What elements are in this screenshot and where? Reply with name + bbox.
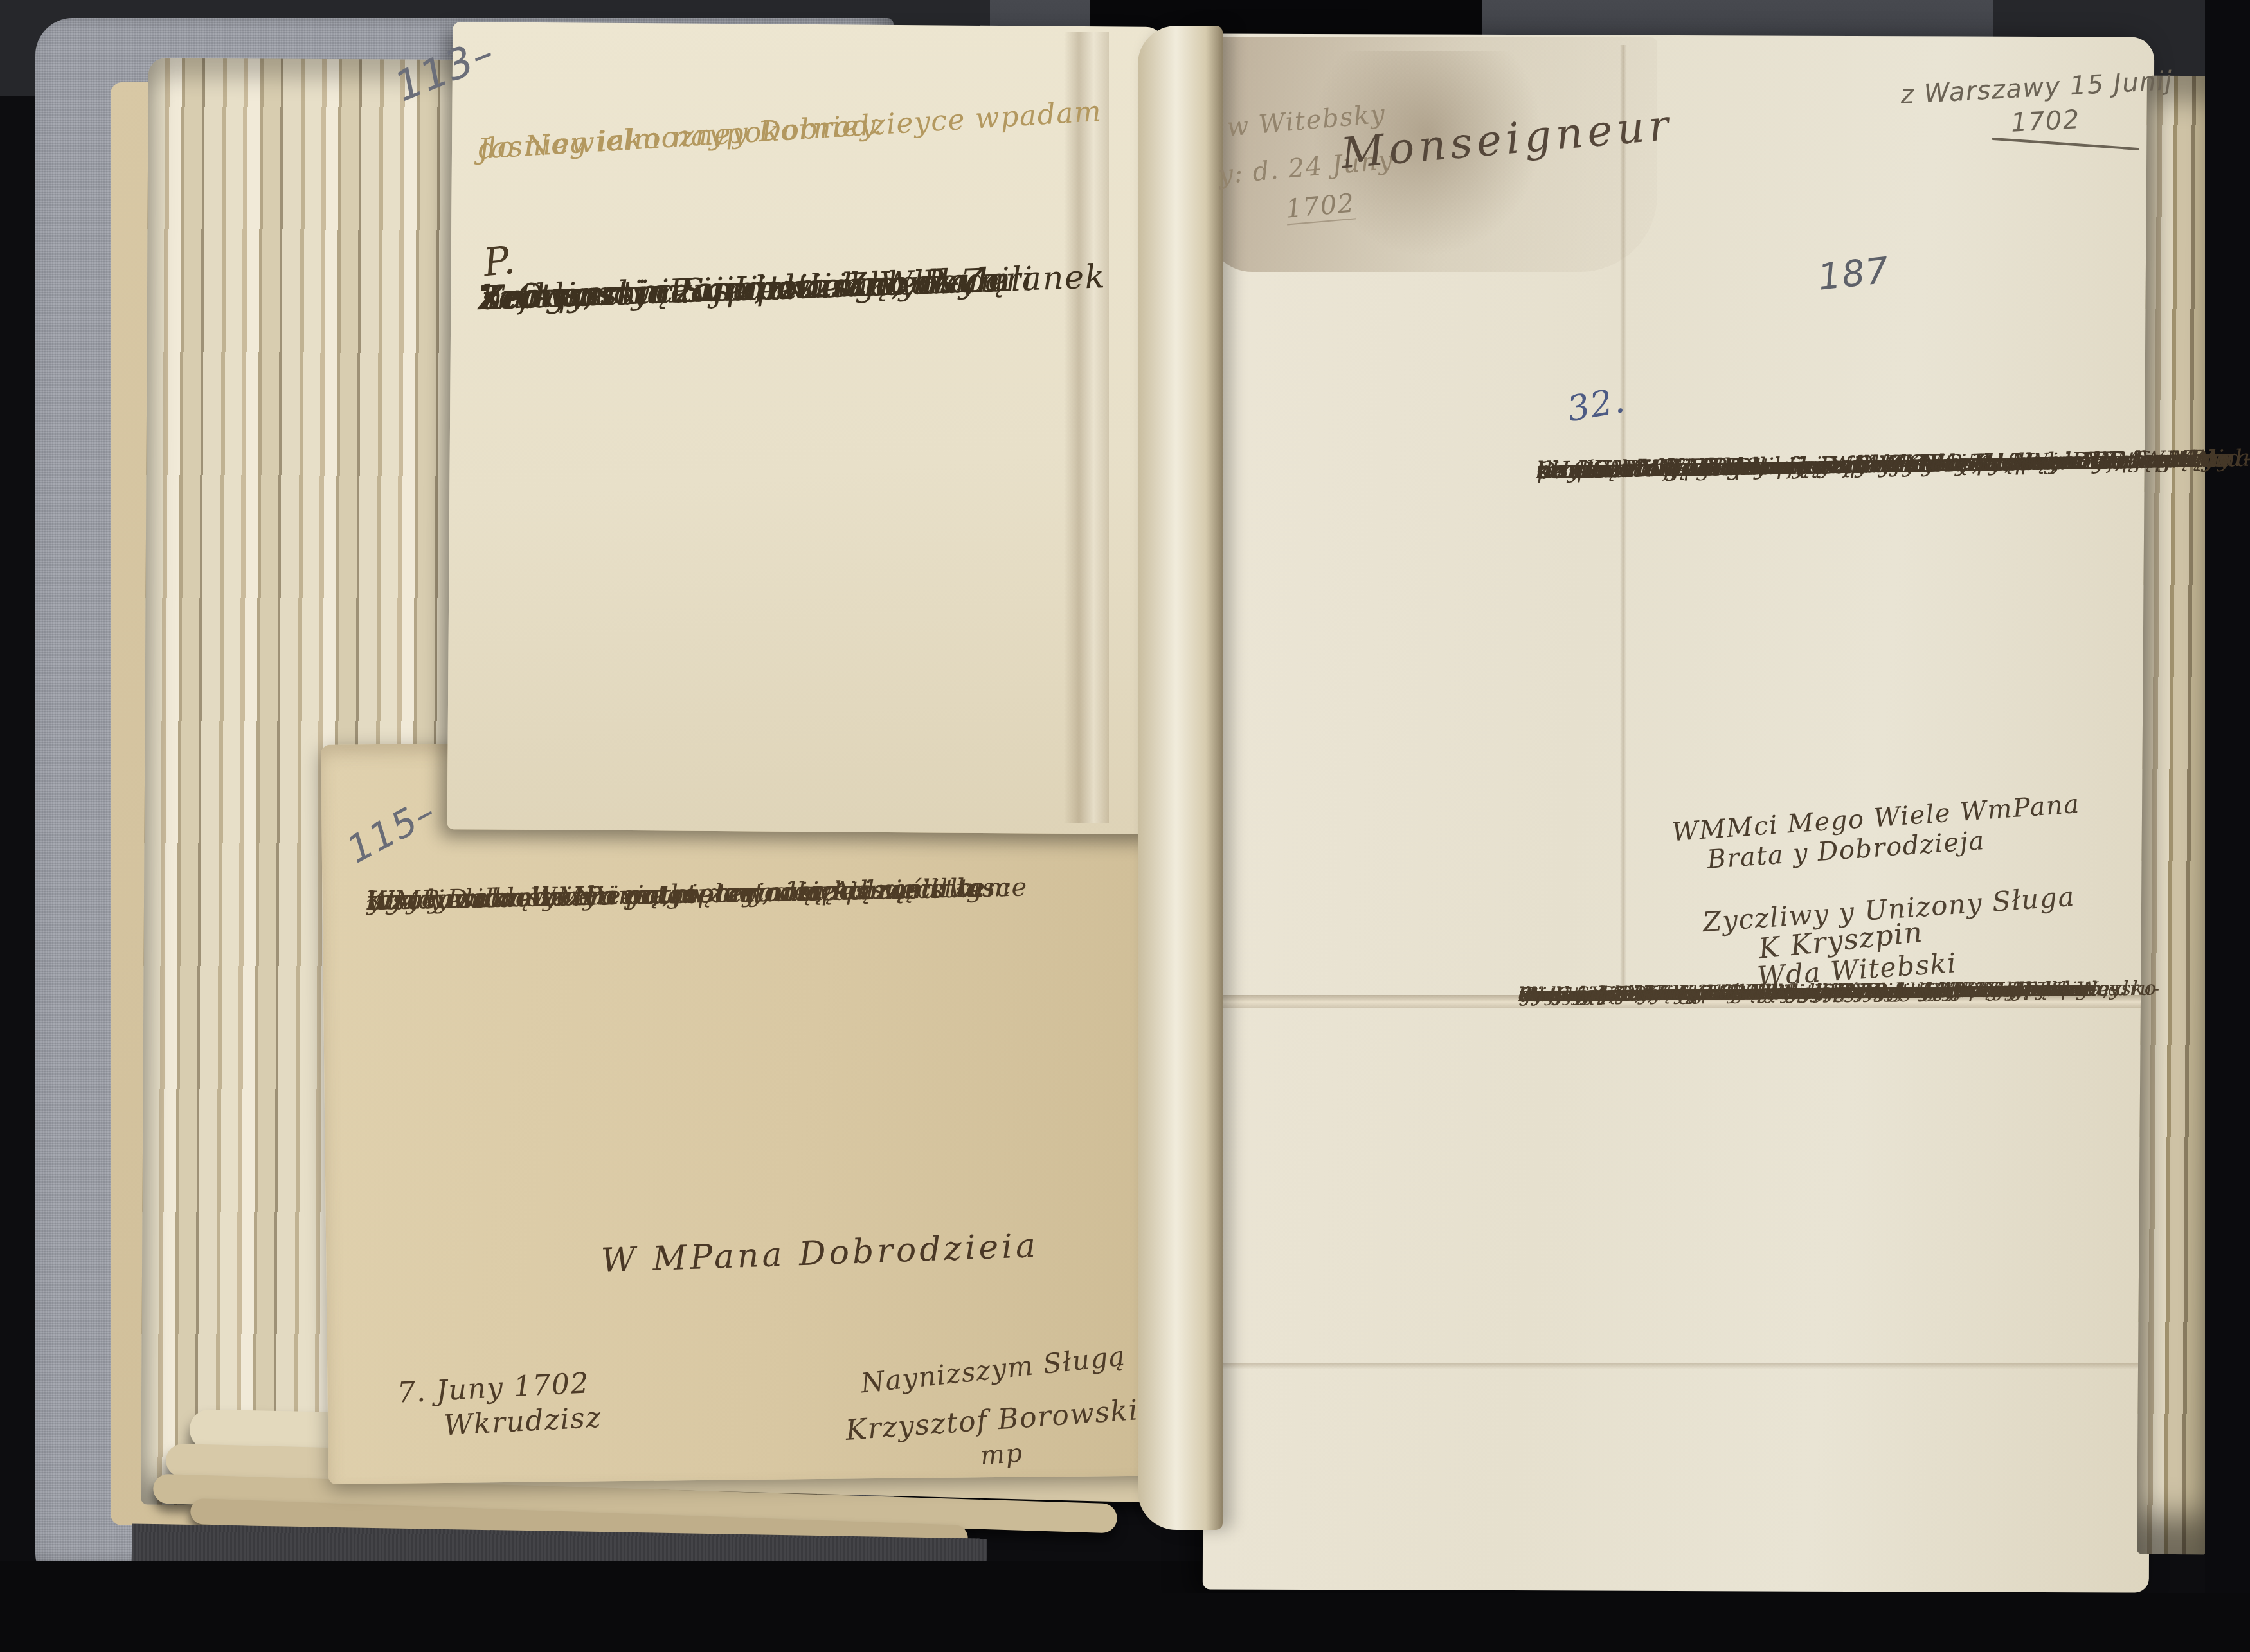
manuscript-photo: 113– Jasniewielmozney Dobrodzieyce wpada… — [0, 0, 2250, 1652]
left-sheet-113-crease — [1064, 32, 1109, 823]
sheet-113-body-line: referre. — [481, 272, 618, 321]
background-bottom — [0, 1593, 2250, 1652]
sheet-115-signature-mp: mp — [979, 1439, 1024, 1471]
right-corner-note-line3: 1702 — [1284, 188, 1356, 225]
gutter-curled-page — [1138, 26, 1223, 1530]
background-right — [2205, 0, 2250, 1652]
page-number-187: 187 — [1816, 249, 1892, 298]
right-dateline-year: 1702 — [2010, 105, 2081, 138]
right-leaf-fold — [1216, 1363, 2148, 1369]
right-leaf-crease — [1620, 45, 1626, 996]
